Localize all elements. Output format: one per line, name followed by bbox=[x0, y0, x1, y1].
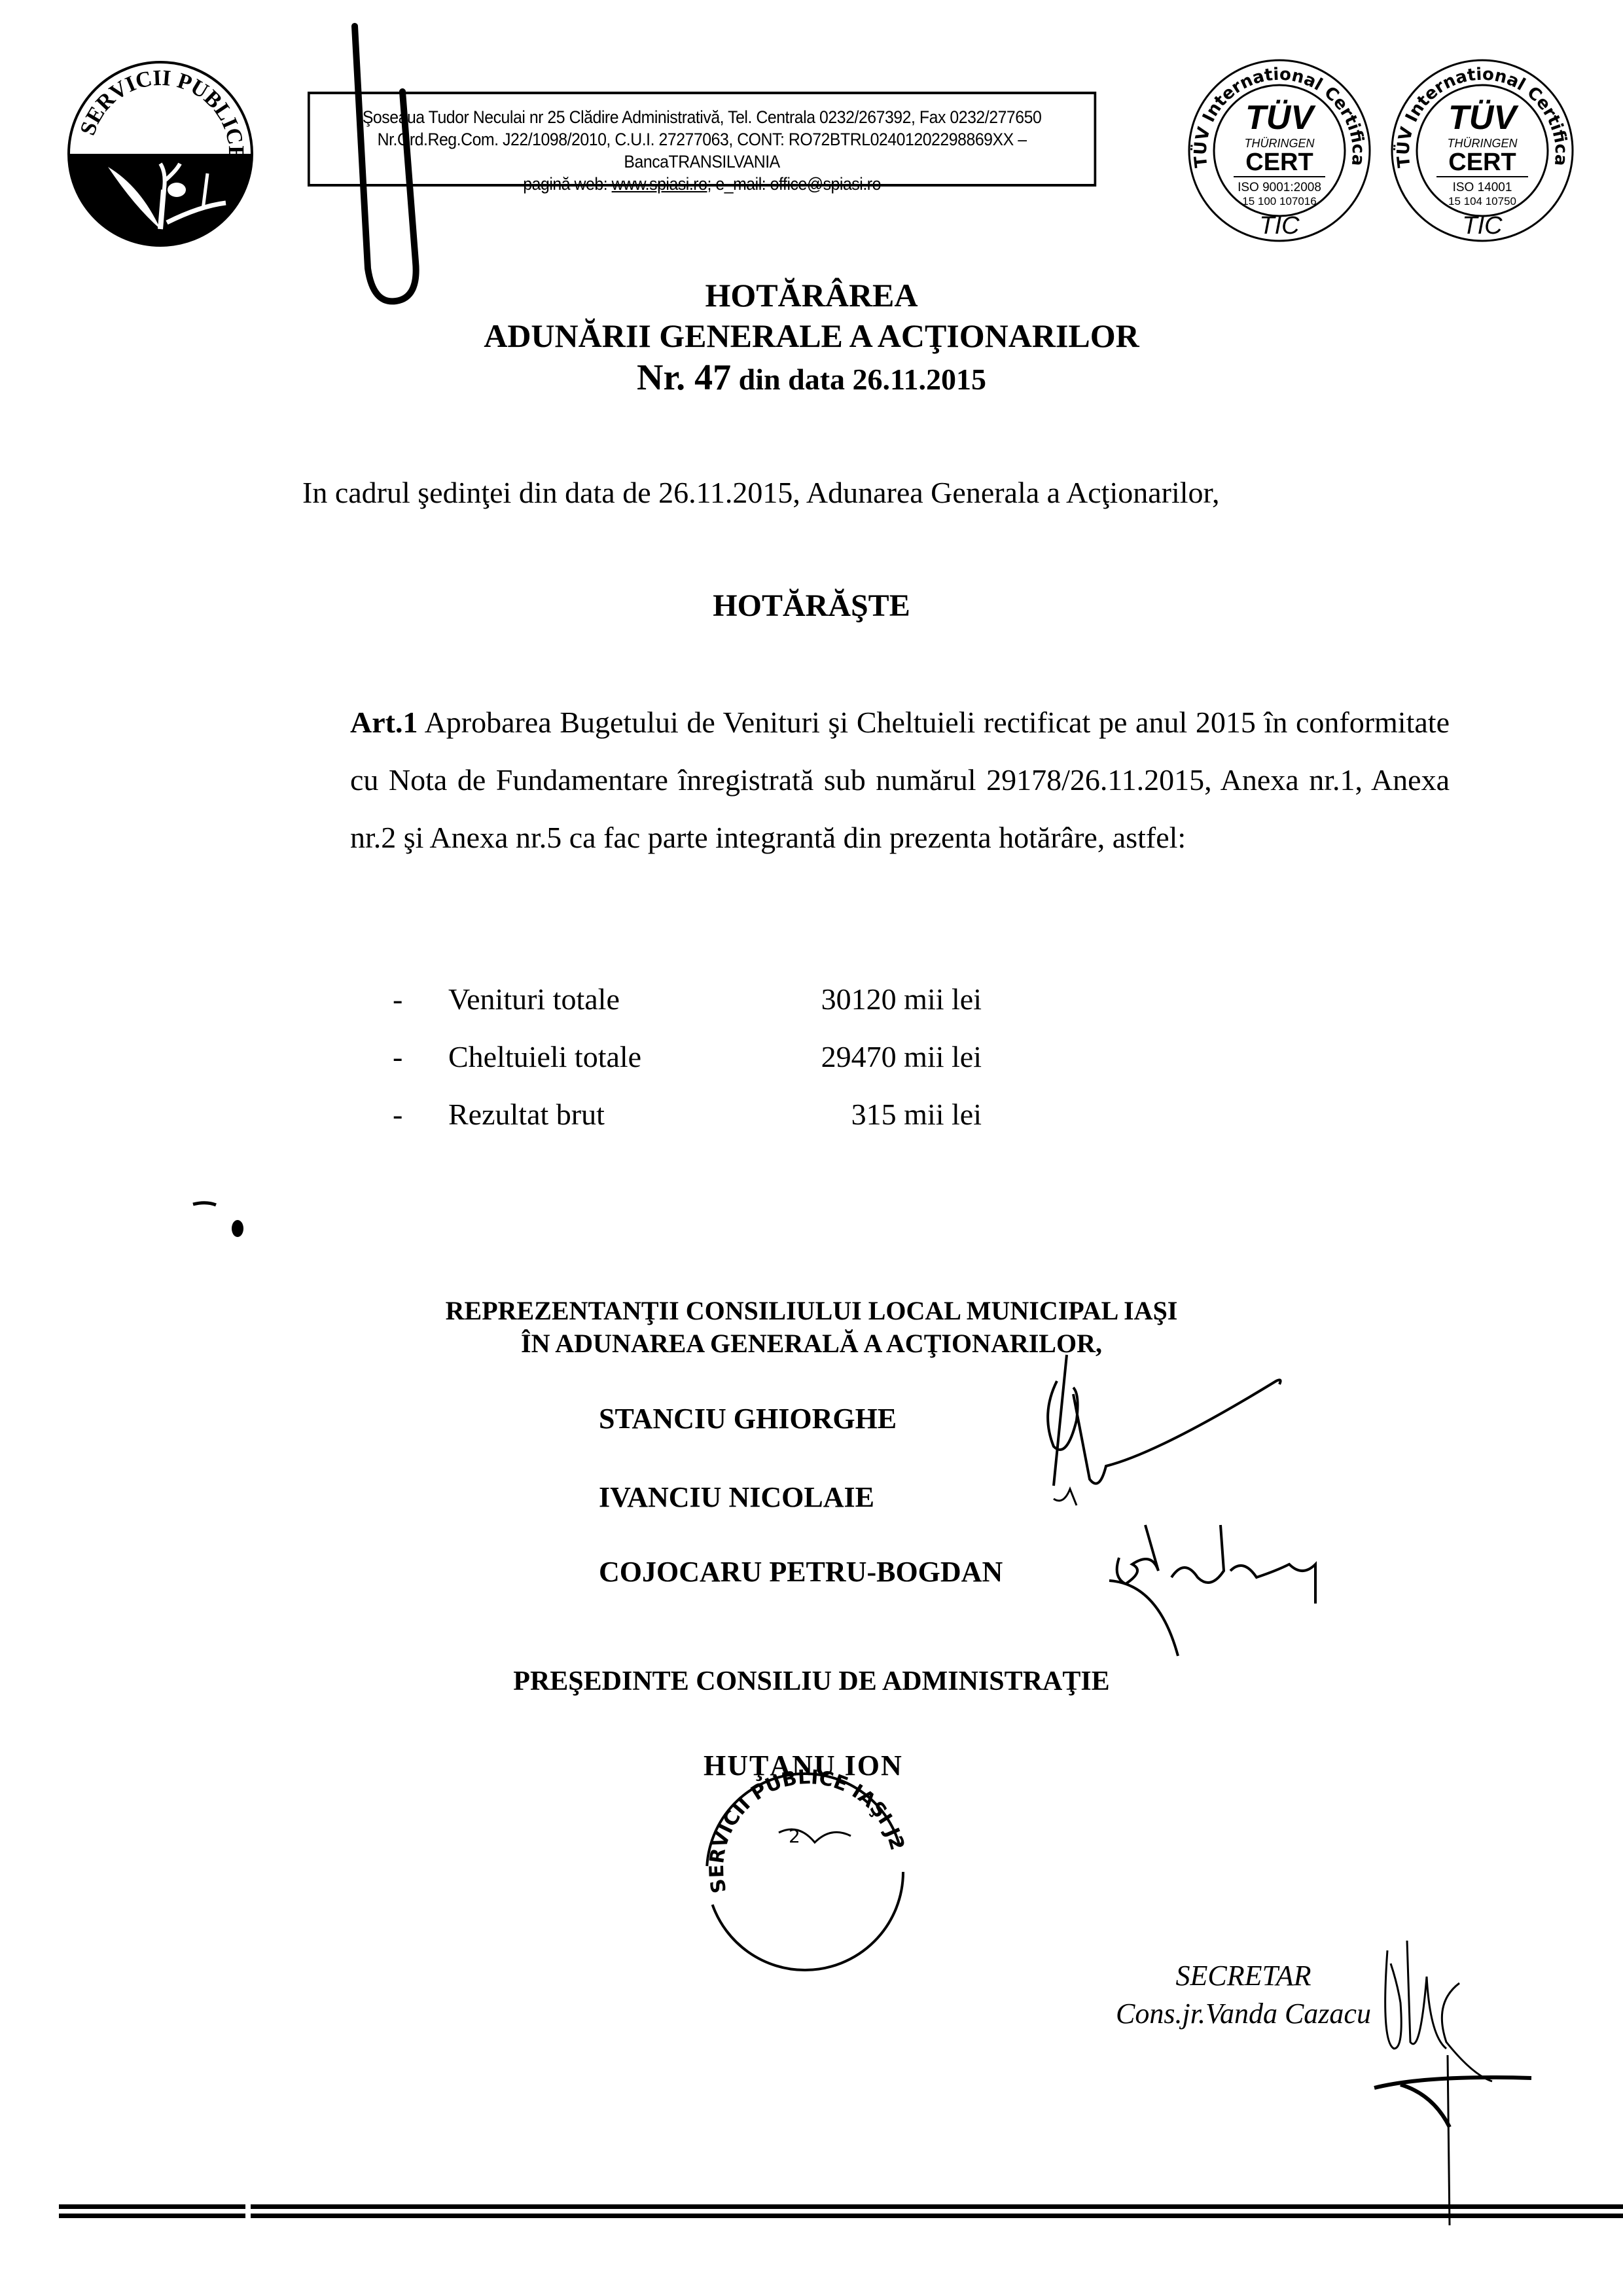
email-link[interactable]: office@spiasi.ro bbox=[770, 174, 881, 194]
document-title: HOTĂRÂREA bbox=[0, 275, 1623, 315]
bullet-dash: - bbox=[393, 982, 402, 1016]
secretary-title: SECRETAR bbox=[1099, 1957, 1387, 1995]
website-link[interactable]: www.spiasi.ro bbox=[612, 174, 707, 194]
tuv-certification-icon: TÜV International Certification TÜV THÜR… bbox=[1387, 56, 1577, 245]
representative-name: STANCIU GHIORGHE bbox=[599, 1402, 897, 1435]
svg-text:CERT: CERT bbox=[1448, 149, 1516, 176]
document-subtitle: ADUNĂRII GENERALE A ACŢIONARILOR bbox=[0, 315, 1623, 356]
svg-text:TÜV: TÜV bbox=[1448, 99, 1519, 137]
document-number: Nr. 47 din data 26.11.2015 bbox=[0, 357, 1623, 400]
scan-mark-icon bbox=[187, 1201, 252, 1244]
tuv-iso9001-badge: TÜV International Certification TÜV THÜR… bbox=[1185, 56, 1374, 245]
svg-text:TÜV: TÜV bbox=[1245, 99, 1316, 137]
svg-text:SERVICII PUBLICE IAŞI J22/1098: SERVICII PUBLICE IAŞI J22/1098/2010 bbox=[694, 1743, 909, 1895]
tuv-certification-icon: TÜV International Certification TÜV THÜR… bbox=[1185, 56, 1374, 245]
svg-text:ISO 9001:2008: ISO 9001:2008 bbox=[1238, 181, 1321, 194]
footer-rule bbox=[59, 2204, 1623, 2209]
representatives-heading: REPREZENTANŢII CONSILIULUI LOCAL MUNICIP… bbox=[0, 1295, 1623, 1360]
svg-text:ISO 14001: ISO 14001 bbox=[1453, 181, 1512, 194]
article-1: Art.1 Aprobarea Bugetului de Venituri şi… bbox=[350, 694, 1450, 867]
svg-text:THÜRINGEN: THÜRINGEN bbox=[1448, 137, 1518, 150]
company-registry: Nr.Ord.Reg.Com. J22/1098/2010, C.U.I. 27… bbox=[310, 128, 1094, 173]
representative-name: IVANCIU NICOLAIE bbox=[599, 1480, 874, 1514]
president-title: PREŞEDINTE CONSILIU DE ADMINISTRAŢIE bbox=[0, 1666, 1623, 1697]
svg-text:TIC: TIC bbox=[1259, 212, 1300, 240]
svg-text:CERT: CERT bbox=[1245, 149, 1313, 176]
svg-text:15 100 107016: 15 100 107016 bbox=[1242, 195, 1316, 207]
decides-heading: HOTĂRĂŞTE bbox=[0, 588, 1623, 624]
svg-text:15 104 10750: 15 104 10750 bbox=[1448, 195, 1516, 207]
servicii-publice-logo-icon: SERVICII PUBLICE bbox=[62, 56, 259, 252]
signature-cojocaru-icon bbox=[1106, 1532, 1381, 1666]
representative-name: COJOCARU PETRU-BOGDAN bbox=[599, 1555, 1003, 1588]
article-text: Aprobarea Bugetului de Venituri şi Chelt… bbox=[350, 706, 1450, 854]
intro-paragraph: In cadrul şedinţei din data de 26.11.201… bbox=[302, 475, 1220, 510]
svg-text:TIC: TIC bbox=[1462, 212, 1503, 240]
tuv-iso14001-badge: TÜV International Certification TÜV THÜR… bbox=[1387, 56, 1577, 245]
signature-stanciu-icon bbox=[1027, 1355, 1302, 1522]
signature-secretary-icon bbox=[1374, 1937, 1571, 2229]
footer-rule-gap bbox=[245, 2200, 251, 2220]
company-address: Şoseaua Tudor Neculai nr 25 Clădire Admi… bbox=[310, 106, 1094, 128]
secretary-block: SECRETAR Cons.jr.Vanda Cazacu bbox=[1099, 1957, 1387, 2033]
company-header-box: Şoseaua Tudor Neculai nr 25 Clădire Admi… bbox=[308, 92, 1096, 187]
company-logo: SERVICII PUBLICE bbox=[62, 56, 259, 252]
secretary-name: Cons.jr.Vanda Cazacu bbox=[1099, 1995, 1387, 2033]
company-stamp-icon: SERVICII PUBLICE IAŞI J22/1098/2010 2 bbox=[700, 1761, 910, 1980]
footer-rule bbox=[59, 2214, 1623, 2218]
bullet-dash: - bbox=[393, 1097, 402, 1132]
bullet-dash: - bbox=[393, 1039, 402, 1074]
svg-text:THÜRINGEN: THÜRINGEN bbox=[1245, 137, 1315, 150]
company-contact: pagină web: www.spiasi.ro; e_mail: offic… bbox=[310, 173, 1094, 195]
article-label: Art.1 bbox=[350, 706, 418, 739]
